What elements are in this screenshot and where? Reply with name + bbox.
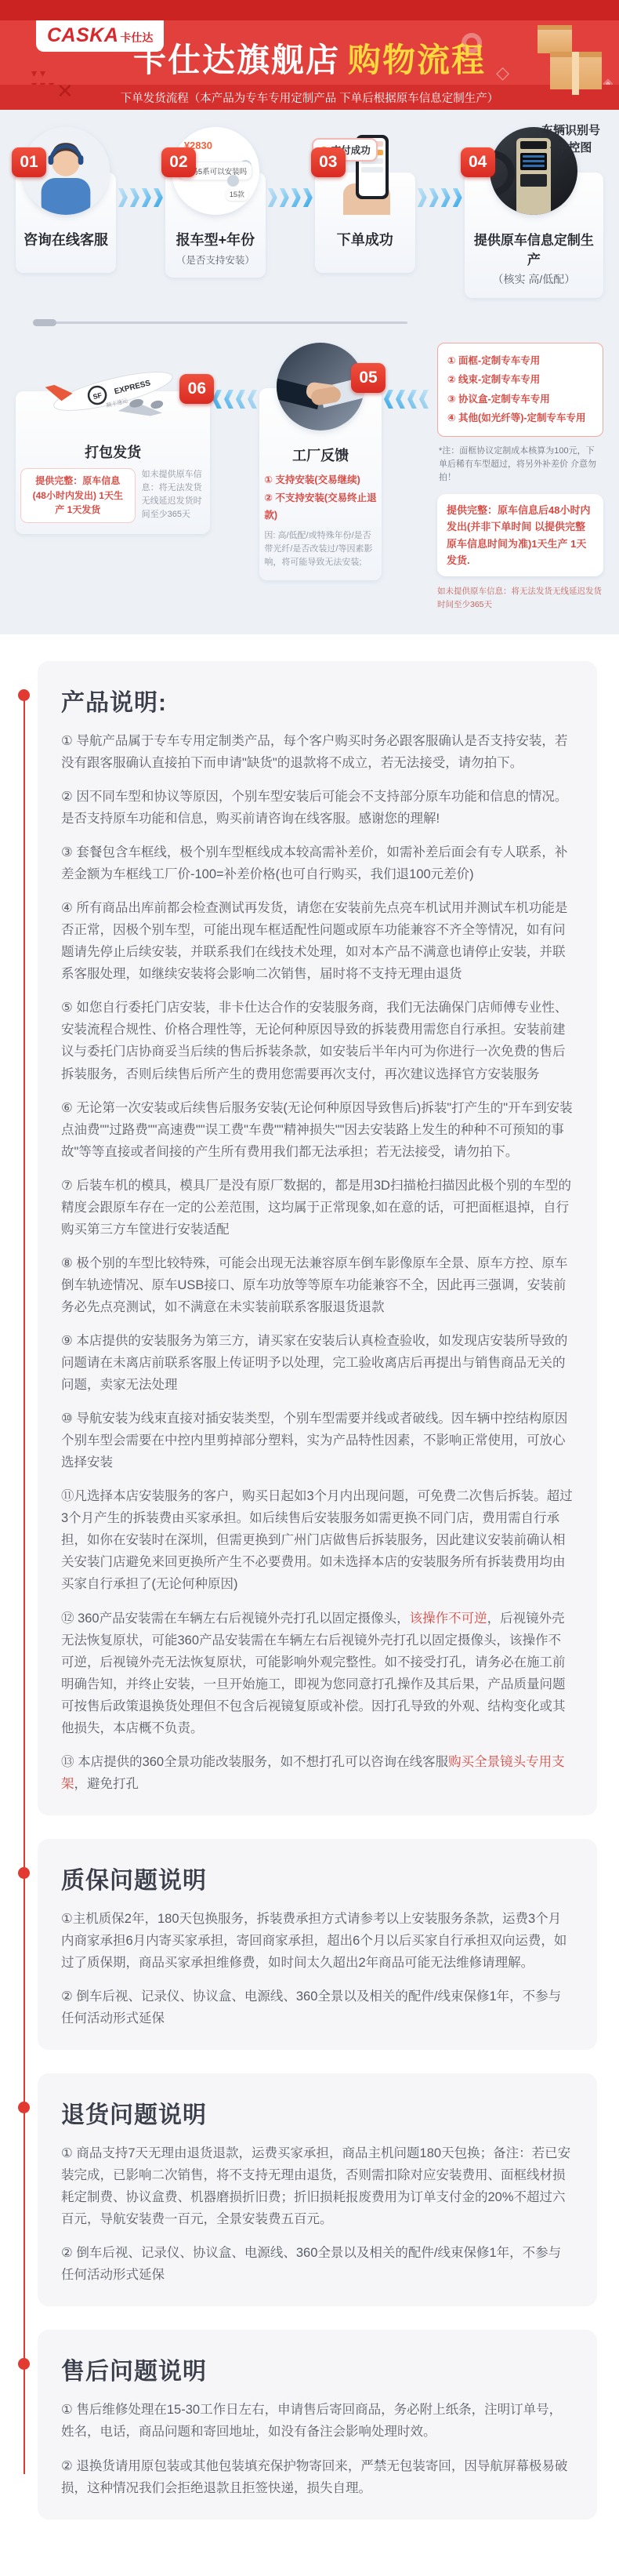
avatar	[227, 175, 239, 187]
step-title: 下单成功	[320, 229, 411, 249]
custom-part-item: ③ 协议盒-定制专车专用	[447, 390, 593, 409]
flow-step-1: 01 咨询在线客服	[16, 127, 116, 273]
step-subtitle: （是否支持安装）	[170, 253, 261, 267]
purchase-flow-section: 车辆识别号 +中控图 01 咨询在线客服	[0, 110, 619, 634]
section-title: 售后问题说明	[61, 2352, 574, 2386]
ship-warning-note: 如未提供原车信息：将无法发货无线延迟发货时间至少365天	[142, 468, 206, 521]
product-note: ② 因不同车型和协议等原因，个别车型安装后可能会不支持部分原车功能和信息的情况。…	[61, 786, 574, 830]
custom-parts-box: ① 面框-定制专车专用 ② 线束-定制专车专用 ③ 协议盒-定制专车专用 ④ 其…	[437, 343, 603, 437]
factory-feedback-options: ① 支持安装(交易继续) ② 不支持安装(交易终止退款)	[264, 471, 377, 525]
vehicle-info-label: 车辆识别号 +中控图	[541, 122, 600, 157]
factory-feedback-warning: 因: 高/低配/或特殊年份/是否带光纤/是否改装过/等因素影响，将可能导致无法安…	[264, 529, 377, 569]
irreversible-warning: 该操作不可逆	[410, 1611, 487, 1626]
custom-part-item: ① 面框-定制专车专用	[447, 351, 593, 370]
product-note: ⑬ 本店提供的360全景功能改装服务，如不想打孔可以咨询在线客服购买全景镜头专用…	[61, 1751, 574, 1795]
flow-divider	[38, 322, 407, 324]
warranty-note: ①主机质保2年，180天包换服务，拆装费承担方式请参考以上安装服务条款，运费3个…	[61, 1908, 574, 1974]
chevron-right-icon	[415, 188, 465, 207]
product-note: ⑪凡选择本店安装服务的客户，购买日起如3个月内出现问题，可免费二次售后拆装。超过…	[61, 1485, 574, 1595]
aftersale-note: ② 退换货请用原包装或其他包装填充保护物寄回来，严禁无包装寄回，因导航屏幕极易破…	[61, 2455, 574, 2499]
step-title: 工厂反馈	[264, 445, 377, 465]
section-returns: 退货问题说明 ① 商品支持7天无理由退货退款，运费买家承担，商品主机问题180天…	[38, 2073, 597, 2306]
flow-row-1: 01 咨询在线客服 02 ¥2830	[16, 127, 603, 298]
sf-express-plane-photo: SF EXPRESS 顺丰速运	[38, 343, 187, 431]
provide-info-warning: 如未提供原车信息：将无法发货无线延迟发货时间至少365天	[437, 585, 603, 611]
provide-info-box: 提供完整：原车信息后48小时内发出(并非下单时间 以提供完整原车信息时间为准)1…	[437, 494, 603, 577]
flow-step-6: 06 SF EXPRESS 顺丰速运	[16, 343, 210, 534]
ship-condition-note: 提供完整：原车信息 (48小时内发出) 1天生产 1天发货	[20, 468, 136, 523]
caska-logo-text: CASKA	[47, 24, 118, 46]
x-decor-icon: ✕	[56, 79, 74, 104]
product-note: ⑫ 360产品安装需在车辆左右后视镜外壳打孔以固定摄像头，该操作不可逆，后视镜外…	[61, 1608, 574, 1739]
product-note: ⑨ 本店提供的安装服务为第三方，请买家在安装后认真检查验收，如发现店安装所导致的…	[61, 1330, 574, 1396]
section-title: 产品说明:	[61, 683, 574, 718]
step-number-badge: 04	[461, 147, 495, 177]
step-subtitle: （核实 高/低配）	[469, 271, 599, 287]
product-note: ④ 所有商品出库前都会检查测试再发货，请您在安装前先点亮车机试用并测试车机功能是…	[61, 897, 574, 985]
banner-top-strip	[0, 0, 619, 20]
flow-step-2: 02 ¥2830 宝马5系可以安装吗 15款 报车型+年份 （是否支持安装）	[165, 127, 266, 278]
chevron-left-icon	[382, 390, 431, 409]
caska-logo: CASKA卡仕达	[36, 20, 164, 52]
flow-step-5: 05 工厂反馈 ① 支持安装(交易继续) ② 不支持安装(交易终止退款) 因: …	[259, 343, 382, 580]
section-warranty: 质保问题说明 ①主机质保2年，180天包换服务，拆装费承担方式请参考以上安装服务…	[38, 1839, 597, 2050]
warranty-note: ② 倒车后视、记录仪、协议盒、电源线、360全景以及相关的配件/线束保修1年，不…	[61, 1986, 574, 2029]
chevron-right-icon	[266, 188, 315, 207]
returns-note: ② 倒车后视、记录仪、协议盒、电源线、360全景以及相关的配件/线束保修1年，不…	[61, 2242, 574, 2286]
description-content: 产品说明: ① 导航产品属于专车专用定制类产品，每个客户购买时务必跟客服确认是否…	[0, 634, 619, 2576]
caska-logo-cn: 卡仕达	[120, 31, 153, 44]
step-number-badge: 02	[161, 147, 196, 177]
step-number-badge: 05	[351, 363, 386, 393]
step-number-badge: 03	[311, 147, 346, 177]
chevron-left-icon	[210, 390, 259, 409]
chat-tag: 15款	[226, 187, 248, 201]
store-banner: ▾▾▾▾▾ ◇ ◈ CASKA卡仕达 卡仕达旗舰店购物流程 ✕ 下单发货流程（本…	[0, 0, 619, 110]
product-note: ⑩ 导航安装为线束直接对插安装类型，个别车型需要并线或者破线。因车辆中控结构原因…	[61, 1408, 574, 1473]
package-boxes-illustration	[550, 52, 602, 89]
step-title: 报车型+年份	[170, 229, 261, 249]
product-note: ① 导航产品属于专车专用定制类产品，每个客户购买时务必跟客服确认是否支持安装，若…	[61, 730, 574, 774]
product-note: ③ 套餐包含车框线，极个别车型框线成本较高需补差价，如需补差后面会有专人联系，补…	[61, 841, 574, 885]
product-note: ⑤ 如您自行委托门店安装，非卡仕达合作的安装服务商，我们无法确保门店师傅专业性、…	[61, 997, 574, 1085]
custom-part-item: ④ 其他(如光纤等)-定制专车专用	[447, 409, 593, 427]
section-product-notes: 产品说明: ① 导航产品属于专车专用定制类产品，每个客户购买时务必跟客服确认是否…	[38, 661, 597, 1815]
plane-illustration: SF EXPRESS 顺丰速运	[38, 343, 187, 431]
returns-note: ① 商品支持7天无理由退货退款，运费买家承担，商品主机问题180天包换；备注：若…	[61, 2142, 574, 2230]
banner-title-main: 卡仕达旗舰店	[133, 42, 340, 78]
section-aftersale: 售后问题说明 ① 售后维修处理在15-30工作日左右，申请售后寄回商品，务必附上…	[38, 2330, 597, 2519]
step-title: 打包发货	[20, 441, 205, 462]
custom-parts-column: ① 面框-定制专车专用 ② 线束-定制专车专用 ③ 协议盒-定制专车专用 ④ 其…	[437, 343, 603, 611]
banner-title-accent: 购物流程	[348, 42, 486, 78]
product-note: ⑧ 极个别的车型比较特殊，可能会出现无法兼容原车倒车影像原车全景、原车方控、原车…	[61, 1252, 574, 1318]
product-note: ⑦ 后装车机的模具，模具厂是没有原厂数据的，都是用3D扫描枪扫描因此极个别的车型…	[61, 1175, 574, 1241]
product-note: ⑥ 无论第一次安装或后续售后服务安装(无论何种原因导致售后)拆装"打产生的"开车…	[61, 1097, 574, 1163]
aftersale-note: ① 售后维修处理在15-30工作日左右，申请售后寄回商品，务必附上纸条，注明订单…	[61, 2399, 574, 2443]
banner-subtitle: 下单发货流程（本产品为专车专用定制产品 下单后根据原车信息定制生产）	[0, 85, 619, 110]
step-title: 咨询在线客服	[20, 229, 111, 249]
red-rail-line	[24, 691, 25, 2474]
step-title: 提供原车信息定制生产	[469, 229, 599, 268]
flow-step-3: 03 ✓支付成功 下单成功	[315, 127, 415, 273]
banner-subtitle-text: 下单发货流程（本产品为专车专用定制产品 下单后根据原车信息定制生产）	[121, 89, 499, 106]
step-number-badge: 06	[179, 374, 214, 404]
custom-parts-note: *注：面框协议定制成本核算为100元，下单后稀有车型超过，将另外补差价 介意勿拍…	[439, 445, 602, 485]
custom-part-item: ② 线束-定制专车专用	[447, 370, 593, 389]
chevron-right-icon	[116, 188, 165, 207]
section-title: 质保问题说明	[61, 1861, 574, 1895]
step-number-badge: 01	[12, 147, 46, 177]
flow-row-2: 06 SF EXPRESS 顺丰速运	[16, 343, 603, 611]
section-title: 退货问题说明	[61, 2095, 574, 2130]
